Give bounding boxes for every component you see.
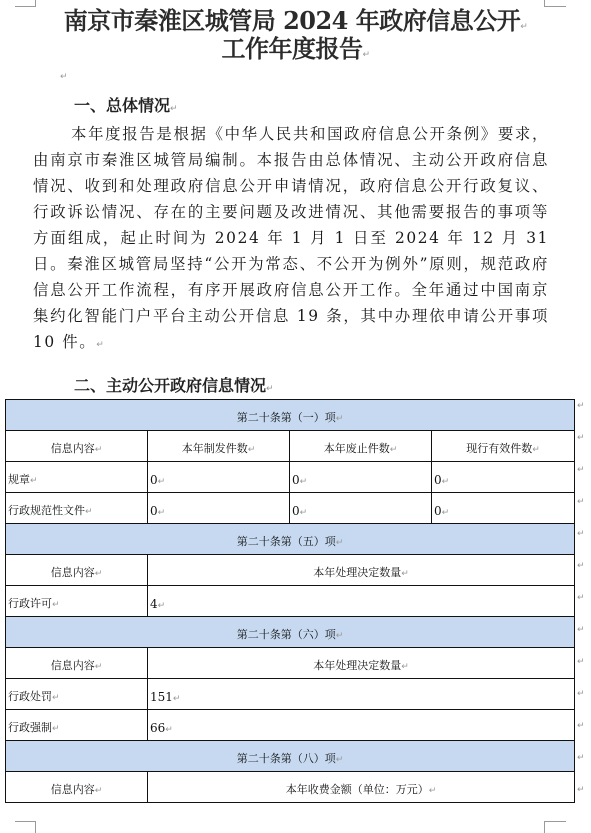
paragraph-mark-icon: ↵ (520, 22, 527, 32)
table-row: 行政许可↵ 4↵ (6, 586, 575, 617)
paragraph-mark-icon: ↵ (362, 50, 369, 60)
table-row: 行政强制↵ 66↵ (6, 710, 575, 741)
value-cell[interactable]: 151↵ (148, 679, 575, 710)
header-cell[interactable]: 本年处理决定数量↵ (148, 648, 575, 679)
empty-paragraph-mark-icon: ↵ (60, 72, 68, 82)
table-header-row: 信息内容↵ 本年收费金额（单位：万元）↵ (6, 772, 575, 803)
value-cell[interactable]: 0↵ (290, 493, 432, 524)
overview-paragraph[interactable]: 本年度报告是根据《中华人民共和国政府信息公开条例》要求，由南京市秦淮区城管局编制… (33, 121, 549, 358)
document-title-line2: 工作年度报告↵ (0, 36, 591, 68)
band-item1[interactable]: 第二十条第（一）项↵ (6, 400, 575, 431)
page-corner-mark-bottom-left (15, 821, 36, 833)
row-label-cell[interactable]: 规章↵ (6, 462, 148, 493)
band-item6[interactable]: 第二十条第（六）项↵ (6, 617, 575, 648)
header-cell[interactable]: 现行有效件数↵ (432, 431, 575, 462)
value-cell[interactable]: 0↵ (432, 493, 575, 524)
header-cell[interactable]: 信息内容↵ (6, 648, 148, 679)
table-band-row: 第二十条第（五）项↵ (6, 524, 575, 555)
row-end-mark-icon: ↵ (577, 655, 589, 687)
row-end-mark-icon: ↵ (577, 687, 589, 719)
value-cell[interactable]: 0↵ (148, 462, 290, 493)
row-end-mark-icon: ↵ (577, 751, 589, 783)
header-cell[interactable]: 信息内容↵ (6, 431, 148, 462)
table-header-row: 信息内容↵ 本年制发件数↵ 本年废止件数↵ 现行有效件数↵ (6, 431, 575, 462)
header-cell[interactable]: 本年处理决定数量↵ (148, 555, 575, 586)
table-header-row: 信息内容↵ 本年处理决定数量↵ (6, 555, 575, 586)
row-end-mark-icon: ↵ (577, 591, 589, 623)
page-corner-mark-top-left (15, 0, 36, 7)
row-end-mark-icon: ↵ (577, 527, 589, 559)
section-heading-proactive-disclosure: 二、主动公开政府信息情况↵ (74, 376, 274, 399)
paragraph-mark-icon: ↵ (96, 340, 105, 350)
disclosure-table[interactable]: 第二十条第（一）项↵ 信息内容↵ 本年制发件数↵ 本年废止件数↵ 现行有效件数↵… (5, 399, 575, 803)
row-end-mark-icon: ↵ (577, 495, 589, 527)
table-row: 行政处罚↵ 151↵ (6, 679, 575, 710)
row-end-mark-icon: ↵ (577, 399, 589, 431)
table-band-row: 第二十条第（六）项↵ (6, 617, 575, 648)
row-end-mark-icon: ↵ (577, 431, 589, 463)
page-corner-mark-bottom-right (544, 821, 566, 833)
header-cell[interactable]: 信息内容↵ (6, 555, 148, 586)
table-header-row: 信息内容↵ 本年处理决定数量↵ (6, 648, 575, 679)
value-cell[interactable]: 66↵ (148, 710, 575, 741)
section-heading-overview: 一、总体情况↵ (74, 96, 178, 119)
table-band-row: 第二十条第（八）项↵ (6, 741, 575, 772)
row-end-mark-icon: ↵ (577, 719, 589, 751)
value-cell[interactable]: 0↵ (148, 493, 290, 524)
table-row: 规章↵ 0↵ 0↵ 0↵ (6, 462, 575, 493)
table-row: 行政规范性文件↵ 0↵ 0↵ 0↵ (6, 493, 575, 524)
header-cell[interactable]: 本年收费金额（单位：万元）↵ (148, 772, 575, 803)
row-label-cell[interactable]: 行政许可↵ (6, 586, 148, 617)
band-item8[interactable]: 第二十条第（八）项↵ (6, 741, 575, 772)
row-end-mark-icon: ↵ (577, 463, 589, 495)
header-cell[interactable]: 信息内容↵ (6, 772, 148, 803)
table-band-row: 第二十条第（一）项↵ (6, 400, 575, 431)
row-label-cell[interactable]: 行政处罚↵ (6, 679, 148, 710)
page-corner-mark-top-right (544, 0, 566, 7)
value-cell[interactable]: 0↵ (290, 462, 432, 493)
paragraph-mark-icon: ↵ (266, 384, 274, 394)
row-label-cell[interactable]: 行政规范性文件↵ (6, 493, 148, 524)
header-cell[interactable]: 本年废止件数↵ (290, 431, 432, 462)
header-cell[interactable]: 本年制发件数↵ (148, 431, 290, 462)
value-cell[interactable]: 0↵ (432, 462, 575, 493)
band-item5[interactable]: 第二十条第（五）项↵ (6, 524, 575, 555)
row-end-mark-icon: ↵ (577, 623, 589, 655)
row-end-mark-icon: ↵ (577, 783, 589, 815)
paragraph-mark-icon: ↵ (170, 104, 178, 114)
row-label-cell[interactable]: 行政强制↵ (6, 710, 148, 741)
table-row-end-marks: ↵ ↵ ↵ ↵ ↵ ↵ ↵ ↵ ↵ ↵ ↵ ↵ ↵ (577, 399, 589, 815)
row-end-mark-icon: ↵ (577, 559, 589, 591)
value-cell[interactable]: 4↵ (148, 586, 575, 617)
